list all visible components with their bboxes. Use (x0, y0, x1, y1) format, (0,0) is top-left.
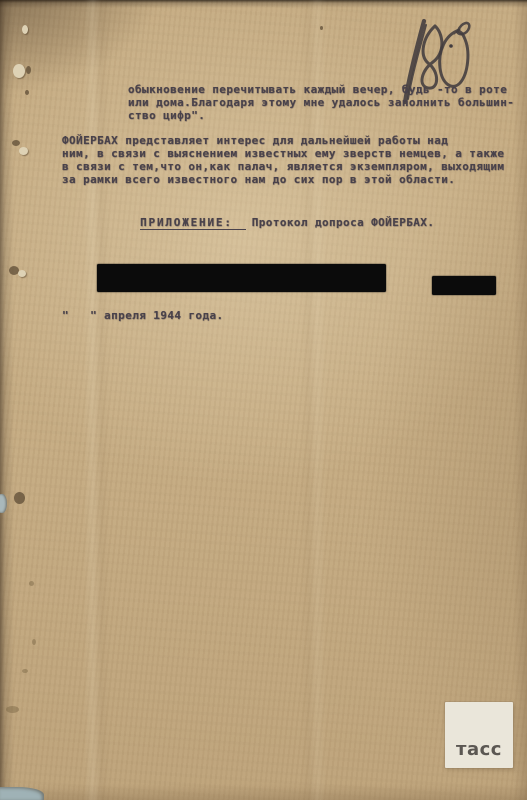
attachment-text: Протокол допроса ФОЙЕРБАХ. (252, 216, 435, 229)
scanned-document-page: обыкновение перечитывать каждый вечер, б… (0, 0, 527, 800)
paper-blemish (6, 706, 19, 713)
paper-blemish (18, 270, 26, 277)
text-line: ФОЙЕРБАХ представляет интерес для дальне… (62, 134, 504, 147)
paper-blemish (9, 266, 19, 275)
redaction-bar (97, 264, 386, 292)
date-line: " " апреля 1944 года. (62, 309, 224, 322)
paper-crease (84, 0, 110, 800)
tass-logo: тасс (445, 702, 513, 768)
paper-blemish (22, 669, 28, 673)
paper-blemish (13, 64, 25, 78)
paper-blemish (32, 639, 36, 645)
paper-blemish (320, 26, 323, 30)
paragraph-feuerbach: ФОЙЕРБАХ представляет интерес для дальне… (62, 134, 504, 186)
tass-logo-text: тасс (445, 741, 513, 759)
paper-blemish (19, 147, 28, 155)
paper-blemish (22, 25, 28, 34)
text-line: или дома.Благодаря этому мне удалось зап… (128, 96, 514, 109)
paper-corner-tear (0, 787, 44, 800)
paper-blemish (26, 66, 31, 74)
text-line: ним, в связи с выяснением известных ему … (62, 147, 504, 160)
redaction-bar (432, 276, 496, 295)
paper-blemish (12, 140, 20, 146)
paragraph-continuation: обыкновение перечитывать каждый вечер, б… (128, 83, 514, 122)
text-line: обыкновение перечитывать каждый вечер, б… (128, 83, 514, 96)
text-line: за рамки всего известного нам до сих пор… (62, 173, 504, 186)
text-line: ство цифр". (128, 109, 514, 122)
paper-blemish (25, 90, 29, 95)
paper-blemish (29, 581, 34, 586)
paper-edge-tear (0, 494, 7, 513)
attachment-line: ПРИЛОЖЕНИЕ:Протокол допроса ФОЙЕРБАХ. (112, 203, 434, 243)
paper-blemish (14, 492, 25, 504)
attachment-label: ПРИЛОЖЕНИЕ: (140, 216, 246, 230)
text-line: в связи с тем,что он,как палач, является… (62, 160, 504, 173)
